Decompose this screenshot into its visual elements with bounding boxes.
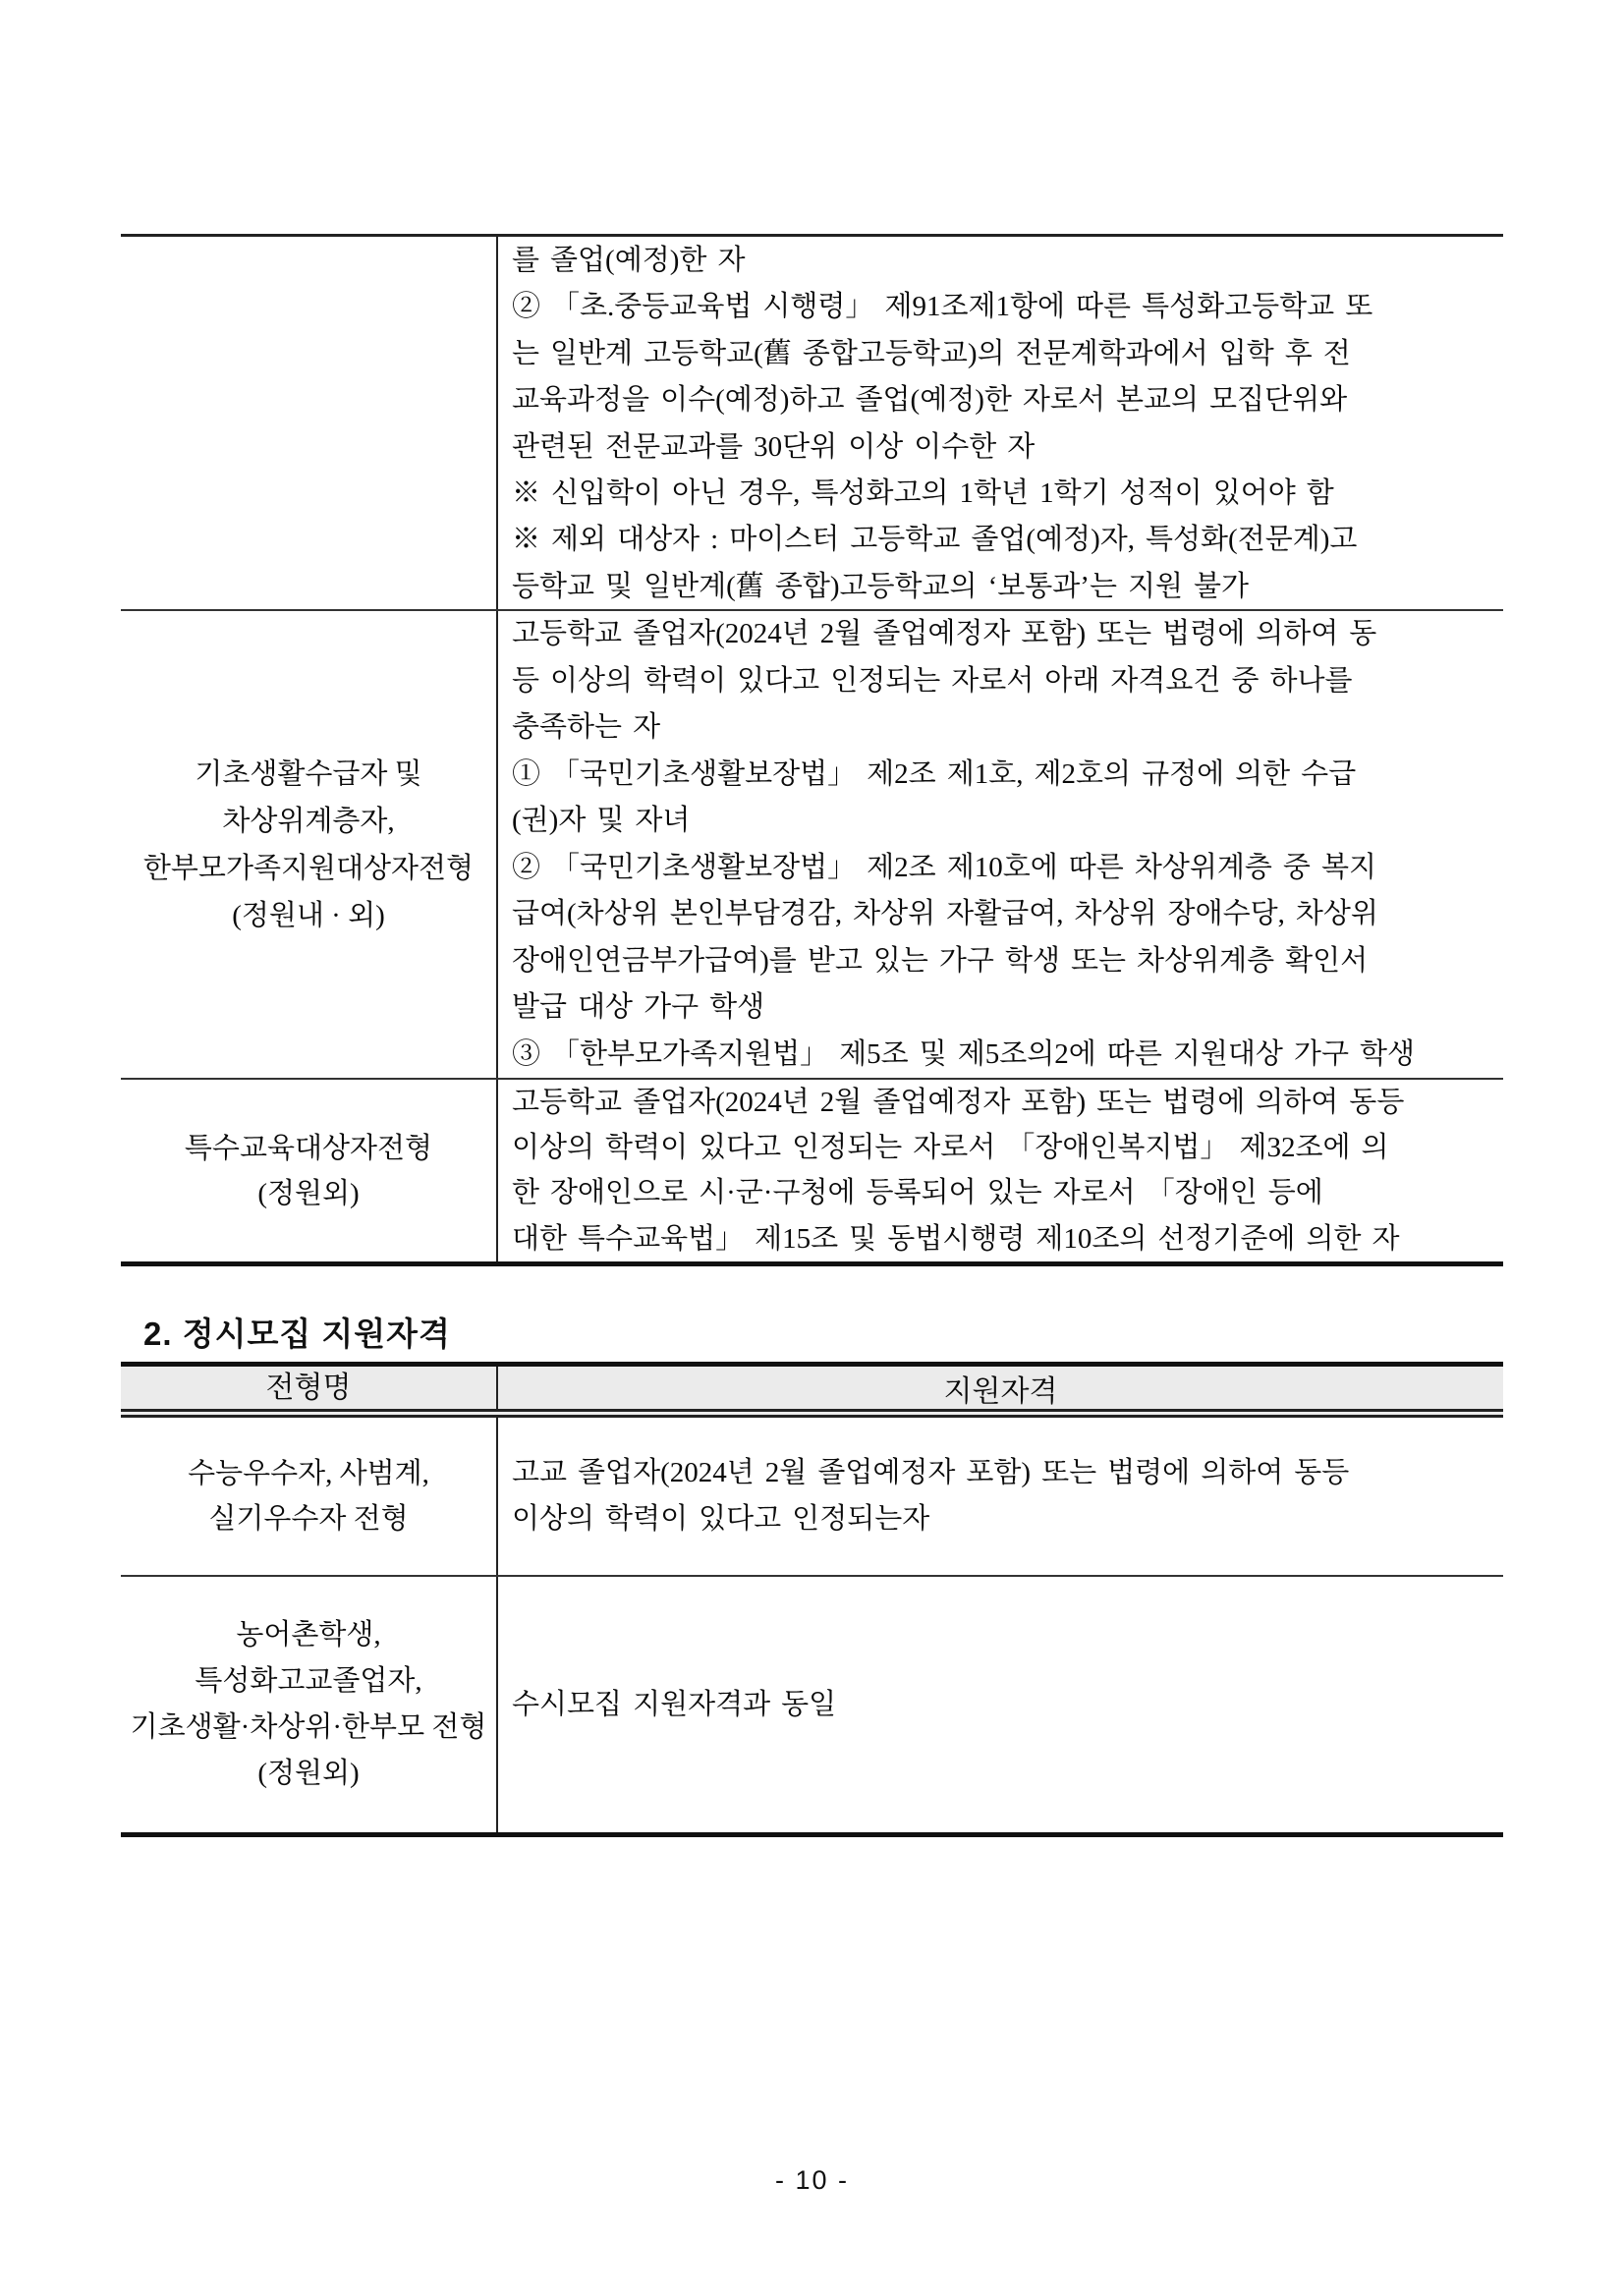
text-line: 한 장애인으로 시·군·구청에 등록되어 있는 자로서 「장애인 등에 <box>512 1170 1489 1215</box>
text-line: 실기우수자 전형 <box>208 1496 408 1541</box>
text-line: (정원외) <box>257 1751 359 1797</box>
table-row: 수능우수자, 사범계,실기우수자 전형 고교 졸업자(2024년 2월 졸업예정… <box>121 1418 1503 1577</box>
section-heading: 2. 정시모집 지원자격 <box>143 1309 451 1355</box>
text-line: 고등학교 졸업자(2024년 2월 졸업예정자 포함) 또는 법령에 의하여 동… <box>512 1080 1489 1125</box>
text-line: ③ 「한부모가족지원법」 제5조 및 제5조의2에 따른 지원대상 가구 학생 <box>512 1032 1489 1079</box>
document-page: 를 졸업(예정)한 자② 「초.중등교육법 시행령」 제91조제1항에 따른 특… <box>0 0 1624 2296</box>
text-line: 고교 졸업자(2024년 2월 졸업예정자 포함) 또는 법령에 의하여 동등 <box>512 1450 1489 1496</box>
table-row: 를 졸업(예정)한 자② 「초.중등교육법 시행령」 제91조제1항에 따른 특… <box>121 237 1503 611</box>
admission-type-cell: 기초생활수급자 및차상위계층자,한부모가족지원대상자전형(정원내 · 외) <box>121 611 498 1078</box>
jeongsi-eligibility-table: 전형명 지원자격 수능우수자, 사범계,실기우수자 전형 고교 졸업자(2024… <box>121 1362 1503 1837</box>
text-line: ① 「국민기초생활보장법」 제2조 제1호, 제2호의 규정에 의한 수급 <box>512 752 1489 799</box>
text-line: 기초생활수급자 및 <box>195 751 421 798</box>
text-line: 대한 특수교육법」 제15조 및 동법시행령 제10조의 선정기준에 의한 자 <box>512 1216 1489 1261</box>
text-line: 는 일반계 고등학교(舊 종합고등학교)의 전문계학과에서 입학 후 전 <box>512 331 1489 377</box>
text-line: (정원외) <box>257 1171 359 1216</box>
text-line: 발급 대상 가구 학생 <box>512 984 1489 1032</box>
table-row: 기초생활수급자 및차상위계층자,한부모가족지원대상자전형(정원내 · 외) 고등… <box>121 611 1503 1080</box>
table-header-row: 전형명 지원자격 <box>121 1367 1503 1418</box>
text-line: 차상위계층자, <box>222 798 394 845</box>
eligibility-text-cell: 를 졸업(예정)한 자② 「초.중등교육법 시행령」 제91조제1항에 따른 특… <box>498 237 1503 609</box>
page-number: - 10 - <box>0 2165 1624 2196</box>
text-line: 장애인연금부가급여)를 받고 있는 가구 학생 또는 차상위계층 확인서 <box>512 938 1489 985</box>
admission-type-cell: 농어촌학생,특성화고교졸업자,기초생활·차상위·한부모 전형(정원외) <box>121 1577 498 1832</box>
eligibility-text-cell: 수시모집 지원자격과 동일 <box>498 1577 1503 1832</box>
text-line: 급여(차상위 본인부담경감, 차상위 자활급여, 차상위 장애수당, 차상위 <box>512 891 1489 938</box>
text-line: (권)자 및 자녀 <box>512 798 1489 845</box>
eligibility-text-cell: 고등학교 졸업자(2024년 2월 졸업예정자 포함) 또는 법령에 의하여 동… <box>498 611 1503 1078</box>
susi-eligibility-table: 를 졸업(예정)한 자② 「초.중등교육법 시행령」 제91조제1항에 따른 특… <box>121 234 1503 1266</box>
admission-type-cell: 특수교육대상자전형(정원외) <box>121 1080 498 1261</box>
admission-type-cell <box>121 237 498 609</box>
text-line: 관련된 전문교과를 30단위 이상 이수한 자 <box>512 424 1489 471</box>
text-line: 고등학교 졸업자(2024년 2월 졸업예정자 포함) 또는 법령에 의하여 동 <box>512 611 1489 658</box>
text-line: ※ 제외 대상자 : 마이스터 고등학교 졸업(예정)자, 특성화(전문계)고 <box>512 517 1489 563</box>
text-line: 수능우수자, 사범계, <box>188 1451 429 1496</box>
eligibility-text-cell: 고등학교 졸업자(2024년 2월 졸업예정자 포함) 또는 법령에 의하여 동… <box>498 1080 1503 1261</box>
text-line: (정원내 · 외) <box>232 892 385 939</box>
text-line: 특수교육대상자전형 <box>185 1126 432 1171</box>
text-line: 수시모집 지원자격과 동일 <box>512 1682 1489 1728</box>
text-line: ※ 신입학이 아닌 경우, 특성화고의 1학년 1학기 성적이 있어야 함 <box>512 471 1489 517</box>
text-line: 한부모가족지원대상자전형 <box>143 845 474 892</box>
text-line: 충족하는 자 <box>512 704 1489 752</box>
admission-type-cell: 수능우수자, 사범계,실기우수자 전형 <box>121 1418 498 1575</box>
column-header-type: 전형명 <box>121 1367 498 1409</box>
column-header-eligibility: 지원자격 <box>498 1367 1503 1409</box>
text-line: 이상의 학력이 있다고 인정되는 자로서 「장애인복지법」 제32조에 의 <box>512 1125 1489 1170</box>
table-row: 특수교육대상자전형(정원외) 고등학교 졸업자(2024년 2월 졸업예정자 포… <box>121 1080 1503 1261</box>
text-line: 특성화고교졸업자, <box>195 1658 421 1705</box>
text-line: 등학교 및 일반계(舊 종합)고등학교의 ‘보통과’는 지원 불가 <box>512 564 1489 609</box>
text-line: 교육과정을 이수(예정)하고 졸업(예정)한 자로서 본교의 모집단위와 <box>512 377 1489 423</box>
text-line: 기초생활·차상위·한부모 전형 <box>131 1705 487 1751</box>
text-line: ② 「초.중등교육법 시행령」 제91조제1항에 따른 특성화고등학교 또 <box>512 284 1489 330</box>
text-line: ② 「국민기초생활보장법」 제2조 제10호에 따른 차상위계층 중 복지 <box>512 845 1489 892</box>
text-line: 등 이상의 학력이 있다고 인정되는 자로서 아래 자격요건 중 하나를 <box>512 658 1489 705</box>
text-line: 이상의 학력이 있다고 인정되는자 <box>512 1496 1489 1542</box>
table-row: 농어촌학생,특성화고교졸업자,기초생활·차상위·한부모 전형(정원외) 수시모집… <box>121 1577 1503 1832</box>
text-line: 농어촌학생, <box>236 1612 380 1658</box>
text-line: 를 졸업(예정)한 자 <box>512 238 1489 284</box>
eligibility-text-cell: 고교 졸업자(2024년 2월 졸업예정자 포함) 또는 법령에 의하여 동등이… <box>498 1418 1503 1575</box>
